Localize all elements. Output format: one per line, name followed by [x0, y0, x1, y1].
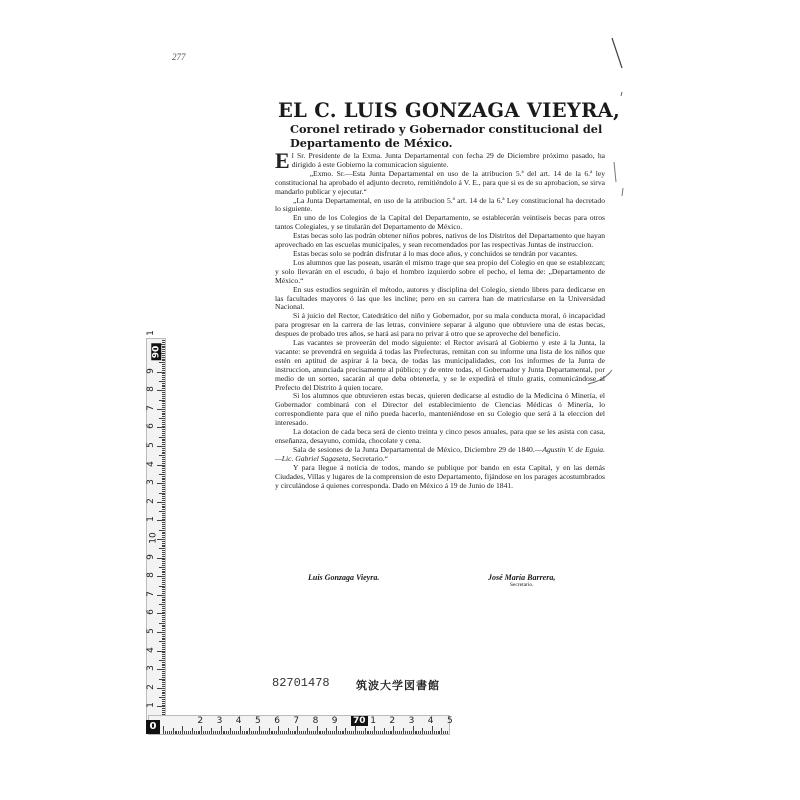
- document-header: EL C. LUIS GONZAGA VIEYRA, Coronel retir…: [278, 100, 608, 150]
- ruler-tick-label: 2: [389, 716, 395, 726]
- ruler-tick-label: 5: [255, 716, 261, 726]
- ruler-tick-label: 2: [146, 684, 156, 690]
- ruler-tick-label: 5: [146, 442, 156, 448]
- document-title: EL C. LUIS GONZAGA VIEYRA,: [278, 100, 608, 122]
- document-subtitle-line2: Departamento de México.: [290, 136, 608, 150]
- body-paragraph: Los alumnos que las posean, usarán el mi…: [275, 259, 605, 286]
- vertical-ruler: 12345678910123456789901: [146, 338, 166, 734]
- ruler-tick-label: 9: [146, 368, 156, 374]
- ruler-tick-label: 3: [146, 665, 156, 671]
- ruler-tick-label: 8: [313, 716, 319, 726]
- catalog-number: 82701478: [272, 676, 330, 690]
- ruler-tick-label: 90: [151, 344, 161, 361]
- ruler-tick-label: 6: [146, 610, 156, 616]
- ruler-tick-label: 4: [236, 716, 242, 726]
- ruler-tick-label: 2: [197, 716, 203, 726]
- ruler-tick-label: 7: [146, 591, 156, 597]
- closing-paragraph: Y para llegue á noticia de todos, mando …: [275, 464, 605, 491]
- ruler-tick-label: 1: [370, 716, 376, 726]
- ruler-tick-label: 3: [146, 479, 156, 485]
- body-paragraph: „La Junta Departamental, en uso de la at…: [275, 197, 605, 215]
- ruler-tick-label: 6: [146, 424, 156, 430]
- ruler-zero-label: 0: [146, 720, 160, 734]
- ruler-tick-label: 6: [274, 716, 280, 726]
- drop-cap: E: [275, 152, 290, 170]
- library-stamp: 筑波大学図書館: [356, 677, 440, 693]
- signature-secretary: José María Barrera, Secretario.: [488, 573, 555, 588]
- body-paragraph: En sus estudios seguirán el método, auto…: [275, 286, 605, 313]
- document-subtitle-line1: Coronel retirado y Gobernador constituci…: [290, 122, 608, 136]
- ruler-tick-label: 4: [146, 647, 156, 653]
- body-paragraph: Las vacantes se proveerán del modo sigui…: [275, 339, 605, 392]
- ruler-tick-label: 10: [149, 532, 159, 543]
- ruler-tick-label: 70: [351, 716, 368, 726]
- ruler-tick-label: 5: [447, 716, 453, 726]
- secretary-role: Secretario.: [488, 582, 555, 588]
- body-paragraph: En uno de los Colegios de la Capital del…: [275, 214, 605, 232]
- body-paragraph: El Sr. Presidente de la Exma. Junta Depa…: [275, 152, 605, 170]
- ruler-tick-label: 7: [293, 716, 299, 726]
- ruler-tick-label: 2: [146, 498, 156, 504]
- body-paragraph: Si los alumnos que obtuvieren estas beca…: [275, 392, 605, 428]
- ruler-tick-label: 1: [146, 517, 156, 523]
- signature-governor: Luis Gonzaga Vieyra.: [308, 573, 379, 582]
- ruler-tick-label: 4: [146, 461, 156, 467]
- ruler-tick-label: 7: [146, 405, 156, 411]
- ruler-tick-label: 8: [146, 572, 156, 578]
- ruler-tick-label: 3: [217, 716, 223, 726]
- horizontal-ruler: 234567897012345: [148, 715, 450, 735]
- page-number: 277: [172, 52, 186, 62]
- body-paragraph: Estas becas solo las podrán obtener niño…: [275, 232, 605, 250]
- ruler-tick-label: 5: [146, 628, 156, 634]
- session-paragraph: Sala de sesiones de la Junta Departament…: [275, 446, 605, 464]
- ruler-tick-label: 8: [146, 386, 156, 392]
- body-paragraph: La dotacion de cada beca será de ciento …: [275, 428, 605, 446]
- document-body: El Sr. Presidente de la Exma. Junta Depa…: [275, 152, 605, 490]
- body-paragraph: „Exmo. Sr.—Esta Junta Departamental en u…: [275, 170, 605, 197]
- body-paragraph: Si á juicio del Rector, Catedrático del …: [275, 312, 605, 339]
- ruler-tick-label: 1: [146, 331, 156, 337]
- ruler-tick-label: 9: [332, 716, 338, 726]
- ruler-tick-label: 3: [409, 716, 415, 726]
- ruler-tick-label: 1: [146, 703, 156, 709]
- ruler-tick-label: 4: [428, 716, 434, 726]
- ruler-tick-label: 9: [146, 554, 156, 560]
